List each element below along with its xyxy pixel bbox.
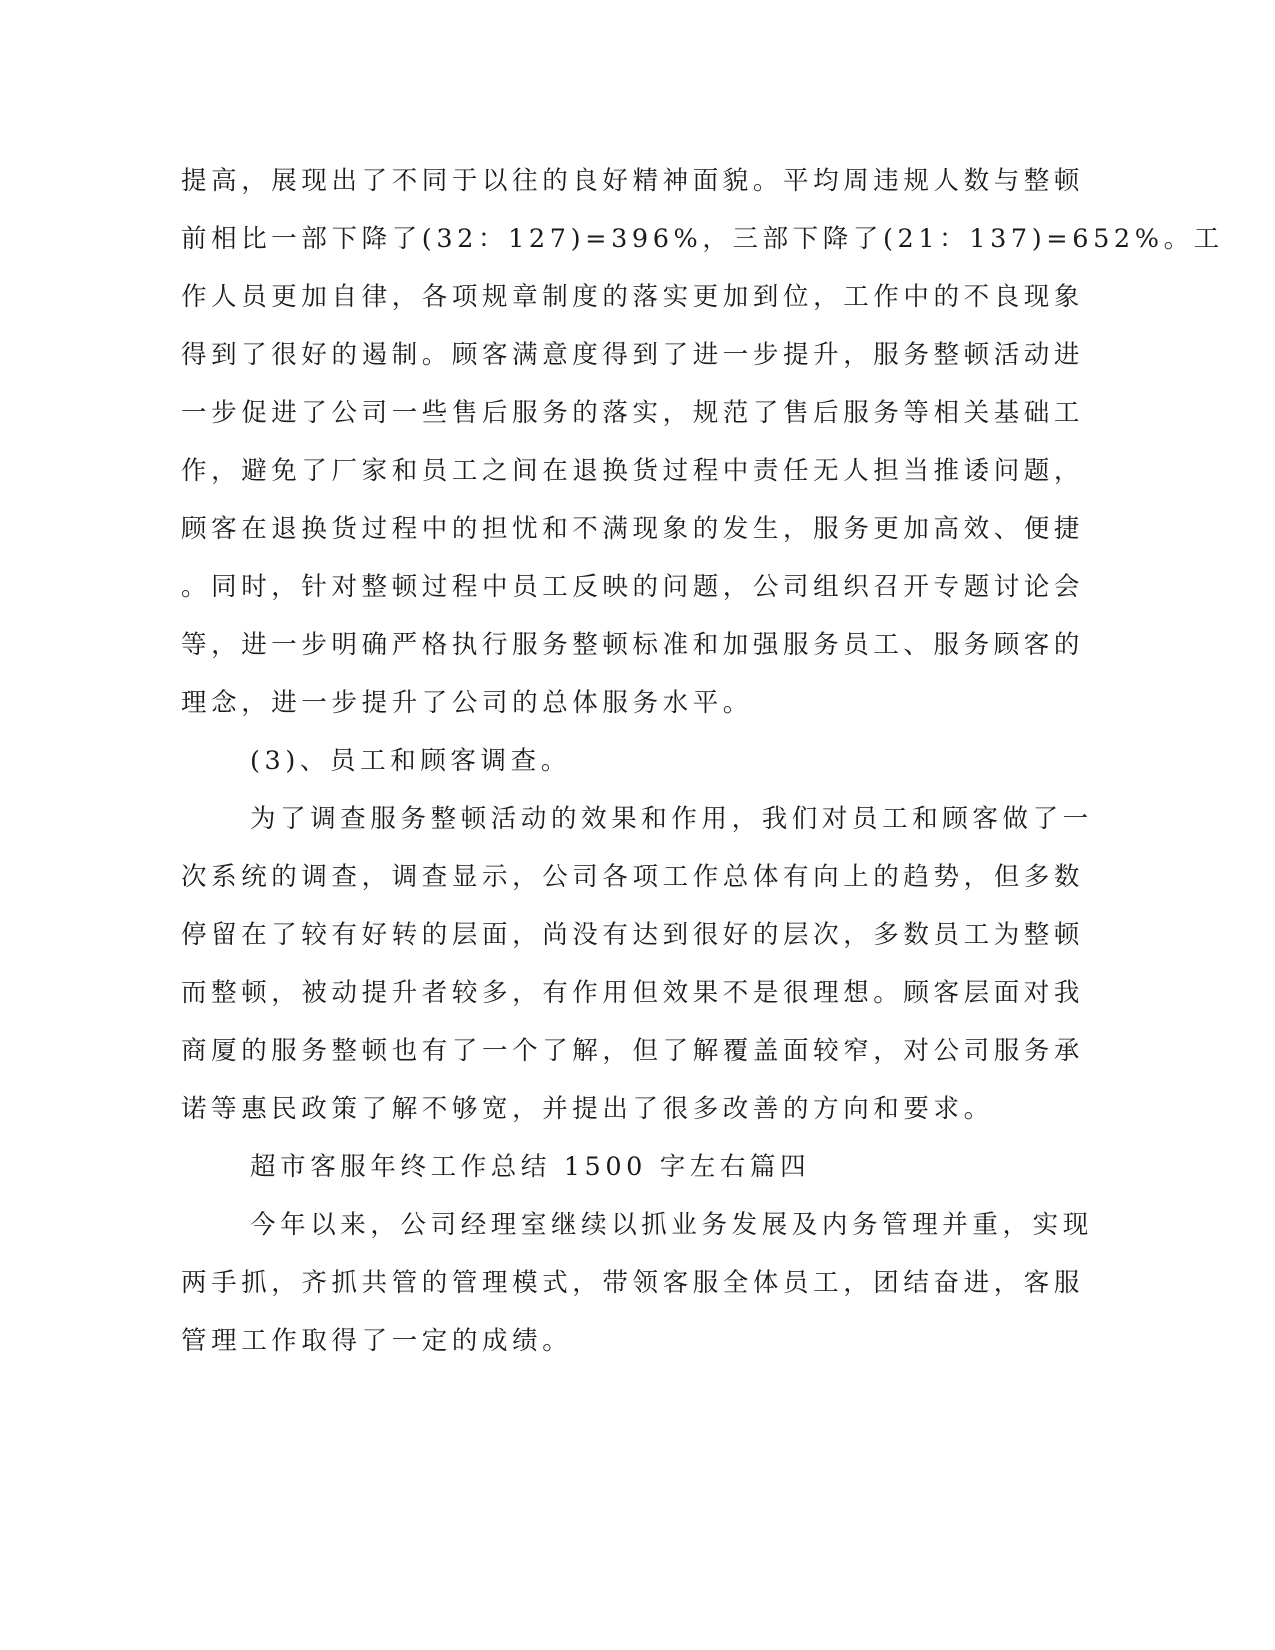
text-line: 前相比一部下降了(32：127)=396%，三部下降了(21：137)=652%… <box>181 222 1041 256</box>
text-line: 而整顿，被动提升者较多，有作用但效果不是很理想。顾客层面对我 <box>181 976 1041 1010</box>
text-line: 顾客在退换货过程中的担忧和不满现象的发生，服务更加高效、便捷 <box>181 512 1041 546</box>
text-line: 作，避免了厂家和员工之间在退换货过程中责任无人担当推诿问题， <box>181 454 1041 488</box>
text-line: 作人员更加自律，各项规章制度的落实更加到位，工作中的不良现象 <box>181 280 1041 314</box>
text-line: 等，进一步明确严格执行服务整顿标准和加强服务员工、服务顾客的 <box>181 628 1041 662</box>
text-line: 次系统的调查，调查显示，公司各项工作总体有向上的趋势，但多数 <box>181 860 1041 894</box>
text-line: 今年以来，公司经理室继续以抓业务发展及内务管理并重，实现 <box>250 1208 1110 1242</box>
text-line: 。同时，针对整顿过程中员工反映的问题，公司组织召开专题讨论会 <box>181 570 1041 604</box>
text-line: 为了调查服务整顿活动的效果和作用，我们对员工和顾客做了一 <box>250 802 1110 836</box>
section-heading: (3)、员工和顾客调查。 <box>250 744 1110 778</box>
text-line: 停留在了较有好转的层面，尚没有达到很好的层次，多数员工为整顿 <box>181 918 1041 952</box>
text-line: 管理工作取得了一定的成绩。 <box>181 1324 1041 1358</box>
text-line: 提高，展现出了不同于以往的良好精神面貌。平均周违规人数与整顿 <box>181 164 1041 198</box>
document-page: 提高，展现出了不同于以往的良好精神面貌。平均周违规人数与整顿 前相比一部下降了(… <box>0 0 1275 1650</box>
text-line: 一步促进了公司一些售后服务的落实，规范了售后服务等相关基础工 <box>181 396 1041 430</box>
text-line: 两手抓，齐抓共管的管理模式，带领客服全体员工，团结奋进，客服 <box>181 1266 1041 1300</box>
text-line: 理念，进一步提升了公司的总体服务水平。 <box>181 686 1041 720</box>
text-line: 商厦的服务整顿也有了一个了解，但了解覆盖面较窄，对公司服务承 <box>181 1034 1041 1068</box>
text-line: 得到了很好的遏制。顾客满意度得到了进一步提升，服务整顿活动进 <box>181 338 1041 372</box>
article-title: 超市客服年终工作总结 1500 字左右篇四 <box>250 1150 1110 1184</box>
text-line: 诺等惠民政策了解不够宽，并提出了很多改善的方向和要求。 <box>181 1092 1041 1126</box>
